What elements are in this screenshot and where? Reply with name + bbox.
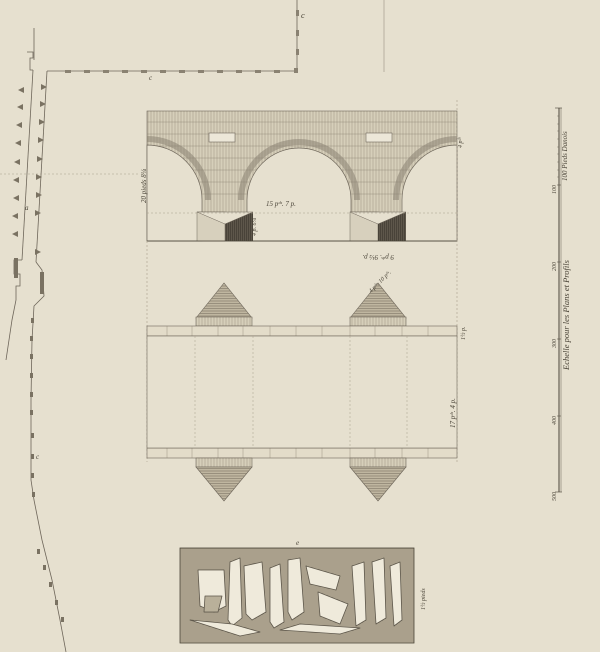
dim-span: 15 pᵈˢ. 7 p. (266, 200, 296, 208)
dim-right-height: 4 pᵈˢ (457, 137, 464, 148)
dim-height: 20 pieds 8¼ (140, 168, 148, 203)
scale-caption: Echelle pour les Plans et Profils (561, 259, 571, 371)
scale-tick-200: 200 (552, 262, 558, 271)
marker-c-left: c (36, 453, 40, 461)
inscription-marker-e: e (296, 539, 299, 547)
scale-tick-500: 500 (552, 492, 558, 501)
engraving-plate: c c a c 20 pieds 8¼ 1 (0, 0, 600, 652)
scale-unit-label: 100 Pieds Danois (561, 131, 569, 181)
dim-parapet: 1½ p. (460, 327, 467, 341)
marker-a: a (25, 204, 29, 212)
dim-width: 17 pᵈˢ. 4 p. (449, 398, 457, 428)
marker-c-top: c (301, 10, 305, 20)
dim-pier-width: 9 pᵈˢ. 9½ p. (362, 253, 394, 261)
bridge-elevation (147, 111, 457, 241)
scale-tick-400: 400 (551, 416, 558, 425)
dim-pier-small: 4 p. 6¼ (251, 218, 258, 237)
inscription-panel (180, 548, 414, 643)
scale-tick-100: 100 (552, 185, 558, 194)
scale-tick-300: 300 (552, 339, 558, 349)
inscription-dimension: 1½ pieds (420, 588, 427, 610)
marker-c-upper: c (149, 74, 153, 82)
